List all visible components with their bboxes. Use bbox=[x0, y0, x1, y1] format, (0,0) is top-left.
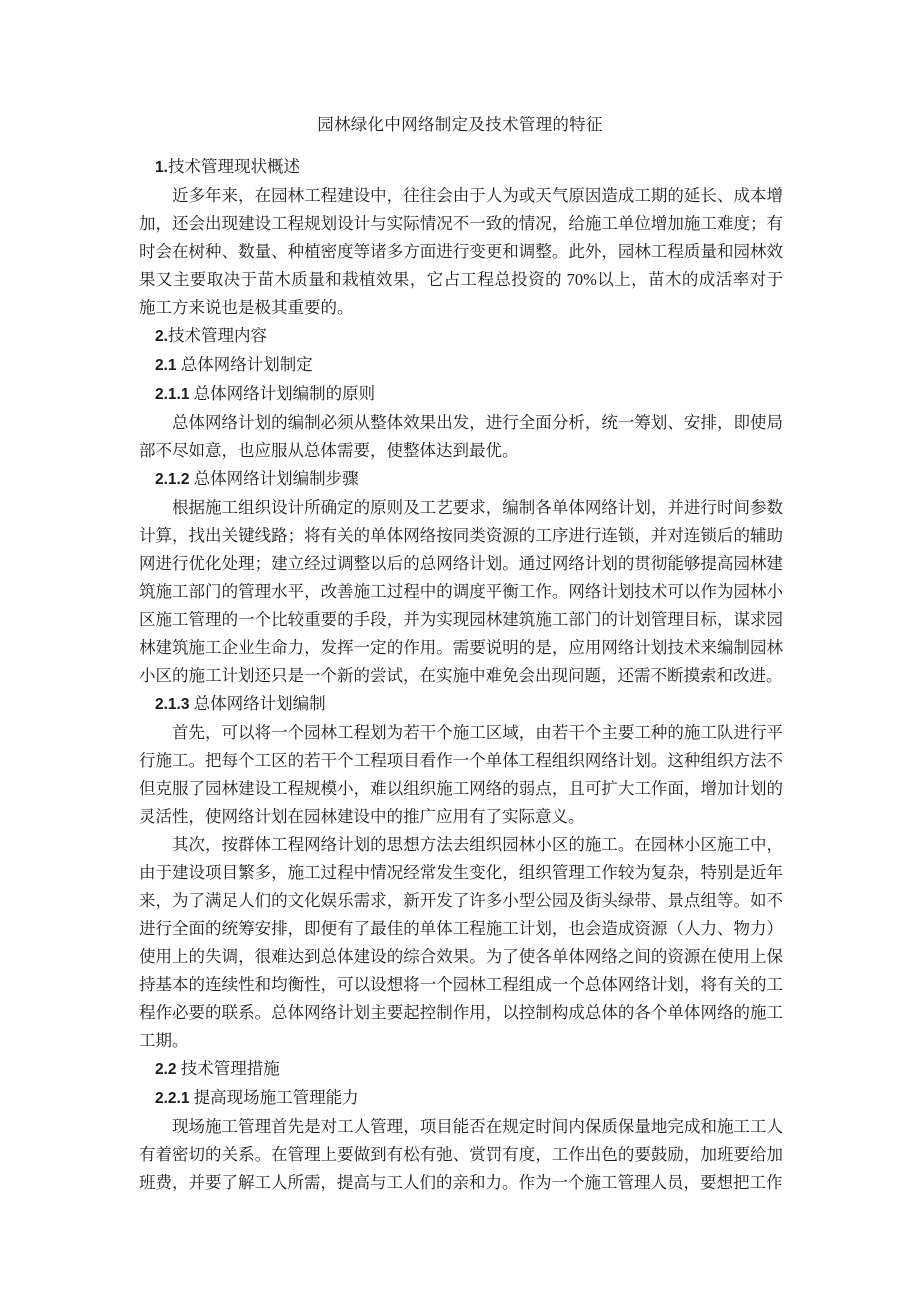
heading-number: 2.1.1 bbox=[155, 386, 189, 403]
heading-text: 技术管理内容 bbox=[168, 326, 267, 345]
heading-number: 2.1.2 bbox=[155, 471, 189, 488]
heading-number: 2.2.1 bbox=[155, 1090, 189, 1107]
section-heading: 2.1.2 总体网络计划编制步骤 bbox=[139, 465, 783, 494]
heading-text: 总体网络计划编制步骤 bbox=[189, 469, 358, 488]
section-heading: 2.2 技术管理措施 bbox=[139, 1055, 783, 1084]
heading-text: 提高现场施工管理能力 bbox=[189, 1088, 358, 1107]
section-heading: 2.技术管理内容 bbox=[139, 322, 783, 351]
heading-number: 2.2 bbox=[155, 1061, 177, 1078]
section-heading: 2.2.1 提高现场施工管理能力 bbox=[139, 1084, 783, 1113]
body-paragraph: 其次，按群体工程网络计划的思想方法去组织园林小区的施工。在园林小区施工中，由于建… bbox=[139, 831, 783, 1055]
heading-number: 2.1 bbox=[155, 357, 177, 374]
section-heading: 2.1.3 总体网络计划编制 bbox=[139, 690, 783, 719]
document-page: 园林绿化中网络制定及技术管理的特征 1.技术管理现状概述近多年来，在园林工程建设… bbox=[0, 0, 920, 1302]
body-paragraph: 根据施工组织设计所确定的原则及工艺要求，编制各单体网络计划，并进行时间参数计算，… bbox=[139, 494, 783, 690]
document-title: 园林绿化中网络制定及技术管理的特征 bbox=[0, 111, 920, 139]
document-body: 1.技术管理现状概述近多年来，在园林工程建设中，往往会由于人为或天气原因造成工期… bbox=[139, 153, 783, 1197]
body-paragraph: 近多年来，在园林工程建设中，往往会由于人为或天气原因造成工期的延长、成本增加，还… bbox=[139, 182, 783, 322]
heading-text: 技术管理措施 bbox=[177, 1059, 280, 1078]
heading-number: 1. bbox=[155, 159, 168, 176]
body-paragraph: 总体网络计划的编制必须从整体效果出发，进行全面分析，统一筹划、安排，即使局部不尽… bbox=[139, 409, 783, 465]
heading-text: 总体网络计划编制 bbox=[189, 694, 325, 713]
body-paragraph: 现场施工管理首先是对工人管理，项目能否在规定时间内保质保量地完成和施工工人有着密… bbox=[139, 1113, 783, 1197]
heading-text: 技术管理现状概述 bbox=[168, 157, 300, 176]
body-paragraph: 首先，可以将一个园林工程划为若干个施工区域，由若干个主要工种的施工队进行平行施工… bbox=[139, 719, 783, 831]
heading-text: 总体网络计划制定 bbox=[177, 355, 313, 374]
section-heading: 1.技术管理现状概述 bbox=[139, 153, 783, 182]
section-heading: 2.1.1 总体网络计划编制的原则 bbox=[139, 380, 783, 409]
heading-text: 总体网络计划编制的原则 bbox=[189, 384, 375, 403]
heading-number: 2. bbox=[155, 328, 168, 345]
section-heading: 2.1 总体网络计划制定 bbox=[139, 351, 783, 380]
heading-number: 2.1.3 bbox=[155, 696, 189, 713]
